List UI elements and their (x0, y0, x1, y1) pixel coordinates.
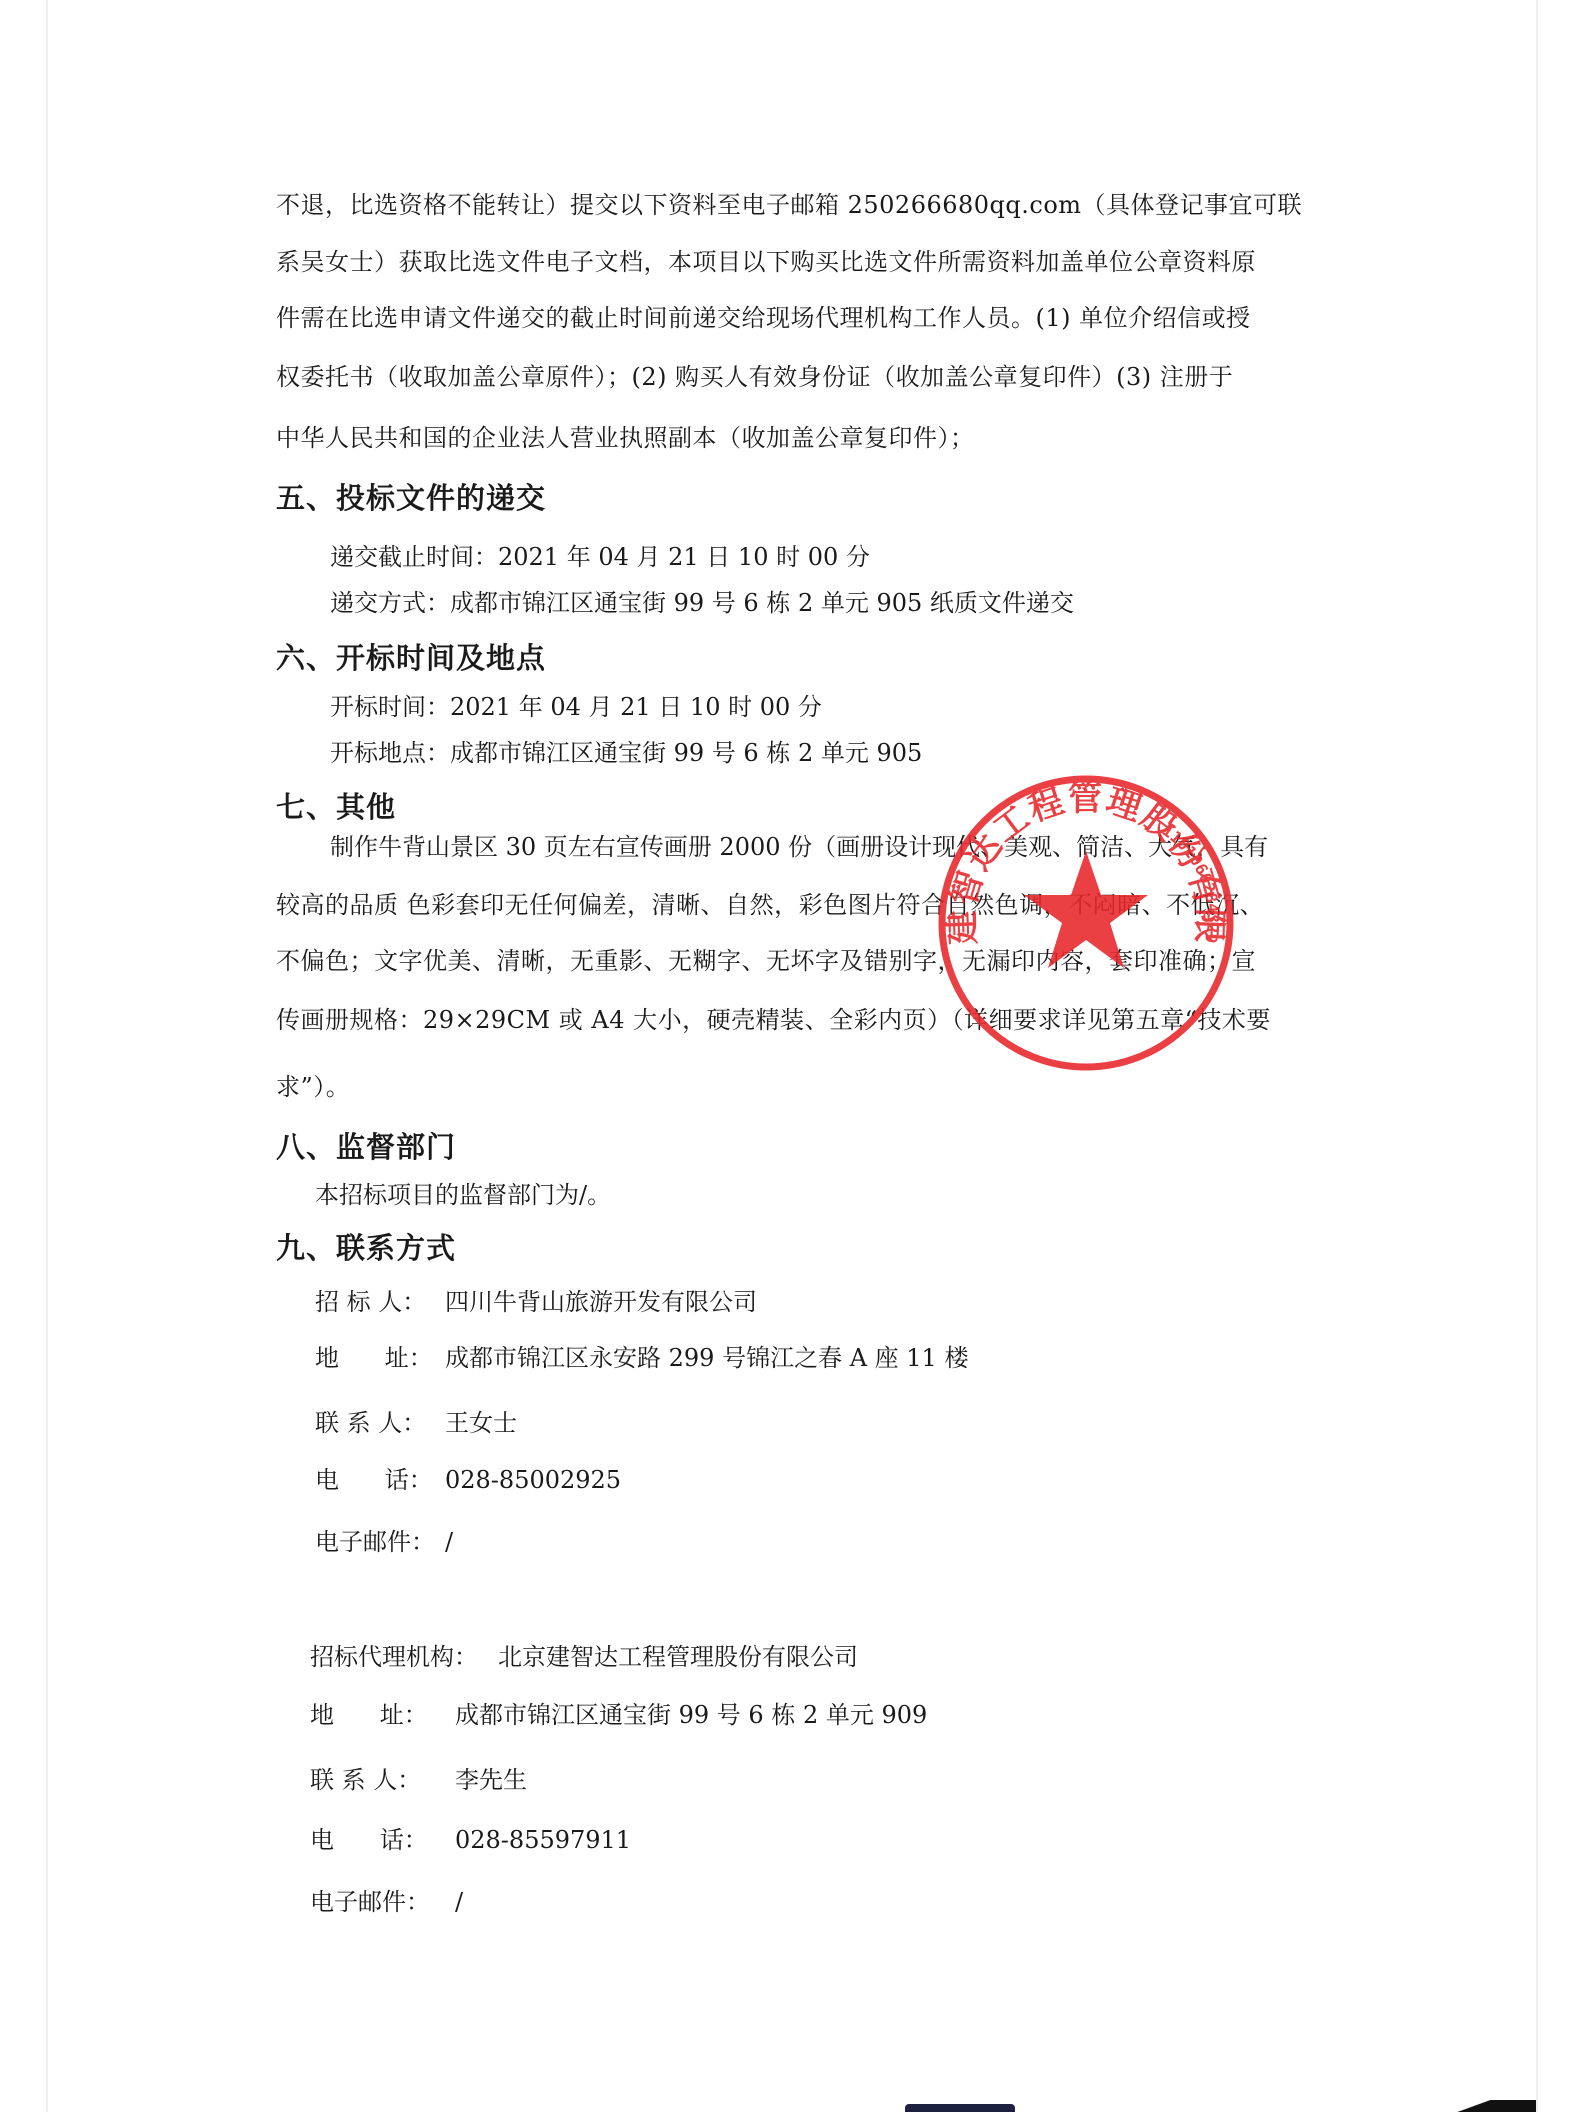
other-line-1: 制作牛背山景区 30 页左右宣传画册 2000 份（画册设计现代、美观、简洁、大… (330, 832, 1268, 862)
agency-phone-value: 028-85597911 (455, 1825, 631, 1855)
agency-value: 北京建智达工程管理股份有限公司 (498, 1642, 858, 1672)
section-6-heading: 六、开标时间及地点 (276, 640, 546, 676)
submission-deadline: 递交截止时间：2021 年 04 月 21 日 10 时 00 分 (330, 542, 870, 572)
section-8-heading: 八、监督部门 (276, 1129, 456, 1165)
tenderer-label: 招 标 人： (315, 1287, 426, 1317)
other-line-5: 求”）。 (276, 1072, 1306, 1102)
intro-line-1: 不退，比选资格不能转让）提交以下资料至电子邮箱 250266680qq.com（… (276, 190, 1306, 220)
tenderer-address-label: 地 址： (315, 1343, 433, 1373)
intro-line-5: 中华人民共和国的企业法人营业执照副本（收加盖公章复印件）； (276, 423, 1306, 453)
other-line-2: 较高的品质 色彩套印无任何偏差，清晰、自然，彩色图片符合自然色调，不闷暗、不低沉… (276, 890, 1306, 920)
section-9-heading: 九、联系方式 (276, 1230, 456, 1266)
opening-place: 开标地点：成都市锦江区通宝街 99 号 6 栋 2 单元 905 (330, 738, 922, 768)
intro-line-2: 系吴女士）获取比选文件电子文档，本项目以下购买比选文件所需资料加盖单位公章资料原 (276, 247, 1306, 277)
submission-method: 递交方式：成都市锦江区通宝街 99 号 6 栋 2 单元 905 纸质文件递交 (330, 588, 1074, 618)
tenderer-address-value: 成都市锦江区永安路 299 号锦江之春 A 座 11 楼 (445, 1343, 968, 1373)
agency-address-value: 成都市锦江区通宝街 99 号 6 栋 2 单元 909 (455, 1700, 927, 1730)
intro-line-4: 权委托书（收取加盖公章原件）；(2) 购买人有效身份证（收加盖公章复印件）(3)… (276, 362, 1306, 392)
agency-email-value: / (455, 1887, 463, 1917)
section-7-heading: 七、其他 (276, 789, 396, 825)
opening-time: 开标时间：2021 年 04 月 21 日 10 时 00 分 (330, 692, 822, 722)
page-edge-left (46, 0, 48, 2112)
agency-email-label: 电子邮件： (310, 1887, 430, 1917)
tenderer-value: 四川牛背山旅游开发有限公司 (445, 1287, 757, 1317)
section-5-heading: 五、投标文件的递交 (276, 480, 546, 516)
agency-contact-value: 李先生 (455, 1765, 527, 1795)
tenderer-contact-value: 王女士 (445, 1408, 517, 1438)
tenderer-email-value: / (445, 1527, 453, 1557)
tenderer-phone-value: 028-85002925 (445, 1465, 621, 1495)
page-edge-right (1536, 0, 1538, 2112)
agency-contact-label: 联 系 人： (310, 1765, 421, 1795)
agency-address-label: 地 址： (310, 1700, 428, 1730)
scan-artifact-corner (1370, 2100, 1536, 2112)
agency-label: 招标代理机构： (310, 1642, 478, 1672)
tenderer-contact-label: 联 系 人： (315, 1408, 426, 1438)
agency-phone-label: 电 话： (310, 1825, 428, 1855)
supervision-text: 本招标项目的监督部门为/。 (315, 1180, 611, 1210)
other-line-4: 传画册规格：29×29CM 或 A4 大小，硬壳精装、全彩内页）（详细要求详见第… (276, 1005, 1306, 1035)
tenderer-email-label: 电子邮件： (315, 1527, 435, 1557)
intro-line-3: 件需在比选申请文件递交的截止时间前递交给现场代理机构工作人员。(1) 单位介绍信… (276, 303, 1306, 333)
other-line-3: 不偏色；文字优美、清晰，无重影、无糊字、无坏字及错别字，无漏印内容，套印准确；宣 (276, 946, 1306, 976)
tenderer-phone-label: 电 话： (315, 1465, 433, 1495)
scan-artifact (905, 2104, 1015, 2112)
